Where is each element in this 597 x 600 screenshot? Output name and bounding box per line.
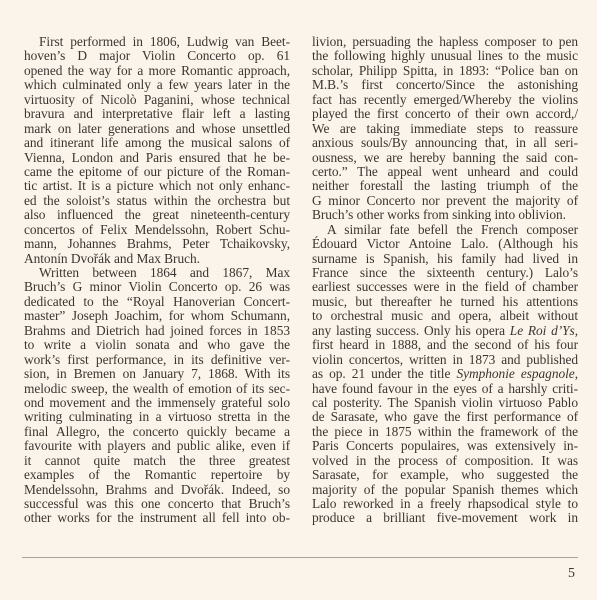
text-line: sion, in Bremen on January 7, 1868. With… bbox=[24, 367, 290, 381]
text-line: successful was this one concerto that Br… bbox=[24, 497, 290, 511]
footer-rule bbox=[22, 557, 578, 558]
text-line: master” Joseph Joachim, for whom Schuman… bbox=[24, 309, 290, 323]
text-line: as op. 21 under the title Symphonie espa… bbox=[312, 367, 578, 381]
text-line: opened the way for a more Romantic appro… bbox=[24, 64, 290, 78]
text-line: which culminated only a few years later … bbox=[24, 78, 290, 92]
text-line: Antonín Dvořák and Max Bruch. bbox=[24, 252, 290, 266]
text-line: the piece in 1875 within the framework o… bbox=[312, 425, 578, 439]
booklet-page: First performed in 1806, Ludwig van Beet… bbox=[0, 0, 597, 600]
text-fragment: , bbox=[575, 323, 578, 338]
text-line: the following highly unusual lines to th… bbox=[312, 49, 578, 63]
text-line: We are taking immediate steps to reassur… bbox=[312, 122, 578, 136]
text-line: Paris Concerts populaires, was extensive… bbox=[312, 439, 578, 453]
text-line: certo.” The appeal went unheard and coul… bbox=[312, 165, 578, 179]
concerto-title: Symphonie espagnole bbox=[456, 366, 574, 381]
text-line: and itinerant life among the musical sal… bbox=[24, 136, 290, 150]
text-line: Édouard Victor Antoine Lalo. (Although h… bbox=[312, 237, 578, 251]
text-line: ousness, we are hereby banning the said … bbox=[312, 151, 578, 165]
text-line: to write a violin sonata and who gave th… bbox=[24, 338, 290, 352]
text-line: violin concertos, written in 1873 and pu… bbox=[312, 353, 578, 367]
text-line: de Sarasate, who gave the first performa… bbox=[312, 410, 578, 424]
text-line: any lasting success. Only his opera Le R… bbox=[312, 324, 578, 338]
text-line: ed the soloist’s status within the orche… bbox=[24, 194, 290, 208]
text-line: M.B.’s first concerto/Since the astonish… bbox=[312, 78, 578, 92]
text-line: work’s first performance, in its definit… bbox=[24, 353, 290, 367]
text-line: ond movement and the immensely grateful … bbox=[24, 396, 290, 410]
text-line: Lalo reworked in a freely rhapsodical st… bbox=[312, 497, 578, 511]
text-line: music, but thereafter he turned his atte… bbox=[312, 295, 578, 309]
opera-title: Le Roi d’Ys bbox=[510, 323, 575, 338]
text-line: G minor Concerto nor prevent the majorit… bbox=[312, 194, 578, 208]
text-fragment: as op. 21 under the title bbox=[312, 366, 456, 381]
text-line: other works for the instrument all fell … bbox=[24, 511, 290, 525]
text-line: majority of the popular Spanish themes w… bbox=[312, 483, 578, 497]
text-line: Bruch’s G minor Violin Concerto op. 26 w… bbox=[24, 280, 290, 294]
text-line: A similar fate befell the French compose… bbox=[312, 223, 578, 237]
text-line: also influenced the great nineteenth-cen… bbox=[24, 208, 290, 222]
right-column: livion, persuading the hapless composer … bbox=[312, 35, 578, 526]
text-fragment: any lasting success. Only his opera bbox=[312, 323, 510, 338]
text-line: mark on later generations and whose unse… bbox=[24, 122, 290, 136]
text-line: have found favour in the eyes of a harsh… bbox=[312, 382, 578, 396]
text-line: First performed in 1806, Ludwig van Beet… bbox=[24, 35, 290, 49]
text-line: scholar, Philipp Spitta, in 1893: “Polic… bbox=[312, 64, 578, 78]
text-line: neither forestall the lasting triumph of… bbox=[312, 179, 578, 193]
text-line: concertos of Felix Mendelssohn, Robert S… bbox=[24, 223, 290, 237]
text-line: virtuosity of Nicolò Paganini, whose tec… bbox=[24, 93, 290, 107]
text-line: to orchestral music and opera, albeit wi… bbox=[312, 309, 578, 323]
text-line: it cannot quite match the three greatest bbox=[24, 454, 290, 468]
text-line: examples of the Romantic repertoire by bbox=[24, 468, 290, 482]
text-line: Mendelssohn, Brahms and Dvořák. Indeed, … bbox=[24, 483, 290, 497]
text-line: cal posterity. The Spanish violin virtuo… bbox=[312, 396, 578, 410]
text-line: France since the sixteenth century.) Lal… bbox=[312, 266, 578, 280]
text-line: first heard in 1888, and the second of h… bbox=[312, 338, 578, 352]
text-line: hoven’s D major Violin Concerto op. 61 bbox=[24, 49, 290, 63]
text-line: Vienna, London and Paris ensured that he… bbox=[24, 151, 290, 165]
text-line: mann, Johannes Brahms, Peter Tchaikovsky… bbox=[24, 237, 290, 251]
page-number: 5 bbox=[568, 566, 575, 582]
text-line: melodic sweep, the wealth of emotion of … bbox=[24, 382, 290, 396]
text-line: Sarasate, for example, who suggested the bbox=[312, 468, 578, 482]
text-fragment: , bbox=[575, 366, 578, 381]
text-line: livion, persuading the hapless composer … bbox=[312, 35, 578, 49]
text-line: played the first concerto of their own a… bbox=[312, 107, 578, 121]
text-line: earliest successes were in the field of … bbox=[312, 280, 578, 294]
text-line: came the epitome of our picture of the R… bbox=[24, 165, 290, 179]
text-line: Bruch’s other works from sinking into ob… bbox=[312, 208, 578, 222]
text-line: bravura and interpretative flair left a … bbox=[24, 107, 290, 121]
text-line: surname is Spanish, his family had lived… bbox=[312, 252, 578, 266]
text-line: anxious souls/By announcing that, in all… bbox=[312, 136, 578, 150]
left-column: First performed in 1806, Ludwig van Beet… bbox=[24, 35, 290, 526]
text-line: fact has recently emerged/Whereby the vi… bbox=[312, 93, 578, 107]
text-line: writing culminating in a virtuoso strett… bbox=[24, 410, 290, 424]
text-line: dedicated to the “Royal Hanoverian Conce… bbox=[24, 295, 290, 309]
text-line: final Allegro, the concerto quickly beca… bbox=[24, 425, 290, 439]
text-line: produce a brilliant five-movement work i… bbox=[312, 511, 578, 525]
text-line: Written between 1864 and 1867, Max bbox=[24, 266, 290, 280]
text-line: tic artist. It is a picture which not on… bbox=[24, 179, 290, 193]
text-line: favourite with players and public alike,… bbox=[24, 439, 290, 453]
text-line: Brahms and Dietrich had joined forces in… bbox=[24, 324, 290, 338]
text-line: volved in the process of composition. It… bbox=[312, 454, 578, 468]
